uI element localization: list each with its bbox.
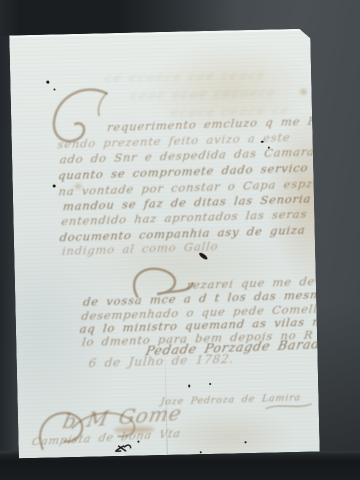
ink-speck xyxy=(53,184,56,187)
ink-speck xyxy=(200,451,202,453)
ink-speck xyxy=(209,383,211,385)
ink-speck xyxy=(46,81,49,84)
ink-speck xyxy=(53,88,55,90)
ink-speck xyxy=(268,147,270,149)
ink-speck xyxy=(188,384,190,387)
backdrop-dark-corner xyxy=(0,0,235,36)
ink-speck xyxy=(137,441,139,443)
foxing-spot xyxy=(301,89,307,95)
manuscript-page: ce ecoece coe ceoce ceoc ecoe cecoece ec… xyxy=(9,29,320,459)
ink-scribble xyxy=(115,443,133,453)
underline-flourish xyxy=(264,401,314,412)
photo-of-manuscript: ce ecoece coe ceoce ceoc ecoe cecoece ec… xyxy=(0,0,360,480)
ink-speck xyxy=(245,441,247,443)
ink-speck xyxy=(261,141,264,143)
